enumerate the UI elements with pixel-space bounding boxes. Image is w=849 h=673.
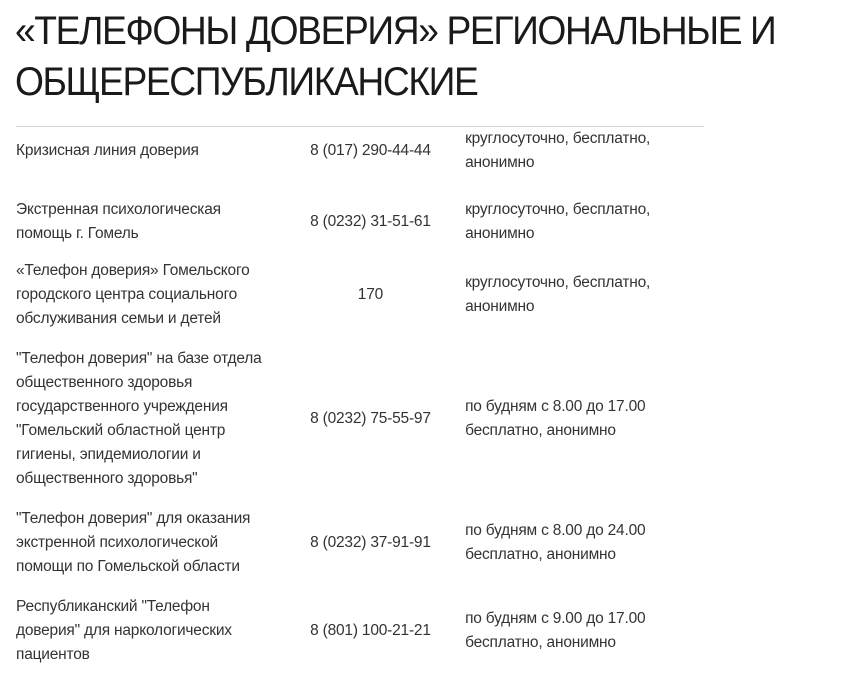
table-row: Экстренная психологическая помощь г. Гом…	[16, 190, 704, 254]
hotline-hours: круглосуточно, бесплатно, анонимно	[454, 271, 704, 319]
table-row: Кризисная линия доверия 8 (017) 290-44-4…	[16, 127, 704, 175]
page-title: «Телефоны доверия» региональные и общере…	[15, 6, 791, 108]
table-row: "Телефон доверия" для оказания экстренно…	[16, 507, 704, 579]
hotline-name: «Телефон доверия» Гомельского городского…	[16, 259, 287, 331]
hotline-phone: 8 (0232) 75-55-97	[287, 407, 454, 431]
hotline-name: "Телефон доверия" для оказания экстренно…	[16, 507, 287, 579]
hotline-hours: круглосуточно, бесплатно, анонимно	[454, 127, 704, 175]
hotlines-table: Кризисная линия доверия 8 (017) 290-44-4…	[16, 127, 704, 667]
hotline-phone: 8 (0232) 31-51-61	[287, 210, 454, 234]
page-title-line-1: «Телефоны доверия» региональные и	[15, 9, 775, 53]
hotline-phone: 8 (0232) 37-91-91	[287, 531, 454, 555]
hotline-phone: 8 (801) 100-21-21	[287, 619, 454, 643]
page-title-line-2: общереспубликанские	[15, 60, 477, 104]
table-row: Республиканский "Телефон доверия" для на…	[16, 595, 704, 667]
hotline-name: "Телефон доверия" на базе отдела обществ…	[16, 347, 287, 491]
hotline-hours: по будням с 9.00 до 17.00 бесплатно, ано…	[454, 607, 704, 655]
hotline-hours: по будням с 8.00 до 24.00 бесплатно, ано…	[454, 519, 704, 567]
table-row: "Телефон доверия" на базе отдела обществ…	[16, 347, 704, 491]
table-row: «Телефон доверия» Гомельского городского…	[16, 259, 704, 331]
hotline-phone: 170	[287, 283, 454, 307]
hotline-name: Кризисная линия доверия	[16, 139, 287, 163]
hotline-name: Республиканский "Телефон доверия" для на…	[16, 595, 287, 667]
hotline-hours: круглосуточно, бесплатно, анонимно	[454, 198, 704, 246]
hotline-phone: 8 (017) 290-44-44	[287, 139, 454, 163]
hotline-name: Экстренная психологическая помощь г. Гом…	[16, 198, 287, 246]
hotline-hours: по будням с 8.00 до 17.00 бесплатно, ано…	[454, 395, 704, 443]
